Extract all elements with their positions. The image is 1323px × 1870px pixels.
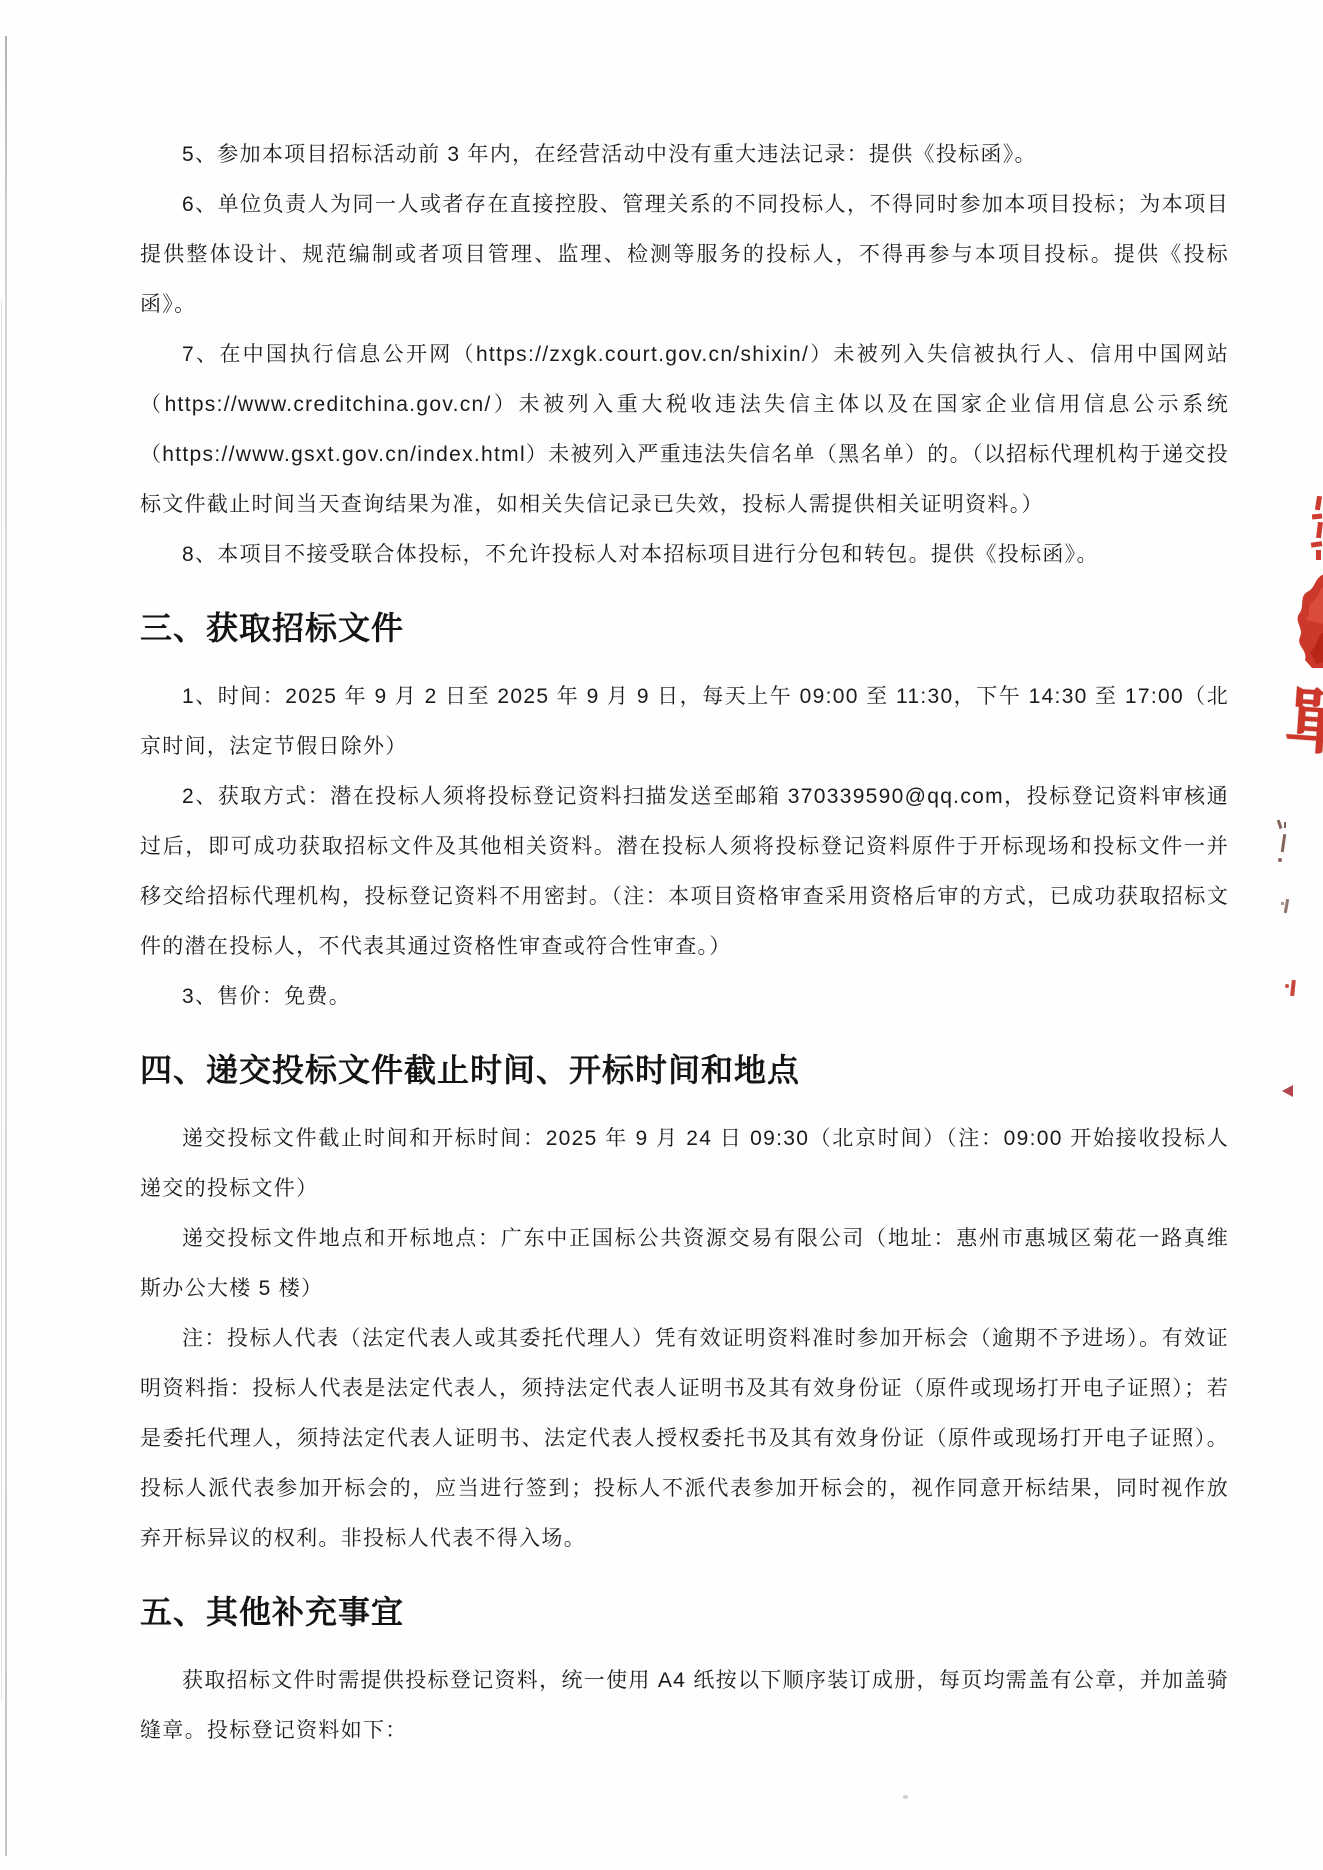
scan-speck-2 — [903, 1795, 908, 1799]
seal-fragment-character: 單 — [1283, 682, 1323, 765]
section-heading-other-matters: 五、其他补充事宜 — [140, 1584, 1229, 1640]
scan-edge-line — [5, 36, 7, 1856]
section-paragraph-note: 注：投标人代表（法定代表人或其委托代理人）凭有效证明资料准时参加开标会（逾期不予… — [140, 1314, 1229, 1564]
seal-fragment-blob — [1292, 574, 1323, 673]
seal-mark-small-2 — [1281, 898, 1291, 921]
section-paragraph-registration: 获取招标文件时需提供投标登记资料，统一使用 A4 纸按以下顺序装订成册，每页均需… — [140, 1656, 1229, 1756]
section-paragraph-location: 递交投标文件地点和开标地点：广东中正国标公共资源交易有限公司（地址：惠州市惠城区… — [140, 1214, 1229, 1314]
seal-mark-small-1 — [1276, 820, 1290, 873]
seal-mark-small-4 — [1282, 1085, 1293, 1097]
document-page: 5、参加本项目招标活动前 3 年内，在经营活动中没有重大违法记录：提供《投标函》… — [0, 0, 1323, 1870]
section-paragraph-deadline: 递交投标文件截止时间和开标时间：2025 年 9 月 24 日 09:30（北京… — [140, 1114, 1229, 1214]
intro-paragraph-7: 7、在中国执行信息公开网（https://zxgk.court.gov.cn/s… — [140, 330, 1229, 530]
section-paragraph-price: 3、售价：免费。 — [140, 972, 1229, 1022]
section-paragraph-time: 1、时间：2025 年 9 月 2 日至 2025 年 9 月 9 日，每天上午… — [140, 672, 1229, 772]
seal-fragment-top — [1310, 496, 1323, 565]
seal-mark-small-3 — [1285, 978, 1297, 1003]
scan-speck-1 — [737, 1238, 741, 1242]
intro-paragraph-5: 5、参加本项目招标活动前 3 年内，在经营活动中没有重大违法记录：提供《投标函》… — [140, 130, 1229, 180]
intro-paragraph-8: 8、本项目不接受联合体投标，不允许投标人对本招标项目进行分包和转包。提供《投标函… — [140, 530, 1229, 580]
document-content: 5、参加本项目招标活动前 3 年内，在经营活动中没有重大违法记录：提供《投标函》… — [140, 130, 1229, 1756]
section-heading-obtain-documents: 三、获取招标文件 — [140, 600, 1229, 656]
section-paragraph-method: 2、获取方式：潜在投标人须将投标登记资料扫描发送至邮箱 370339590@qq… — [140, 772, 1229, 972]
intro-paragraph-6: 6、单位负责人为同一人或者存在直接控股、管理关系的不同投标人，不得同时参加本项目… — [140, 180, 1229, 330]
section-heading-deadline-opening: 四、递交投标文件截止时间、开标时间和地点 — [140, 1042, 1229, 1098]
scan-edge-line-faint — [1, 300, 2, 1700]
